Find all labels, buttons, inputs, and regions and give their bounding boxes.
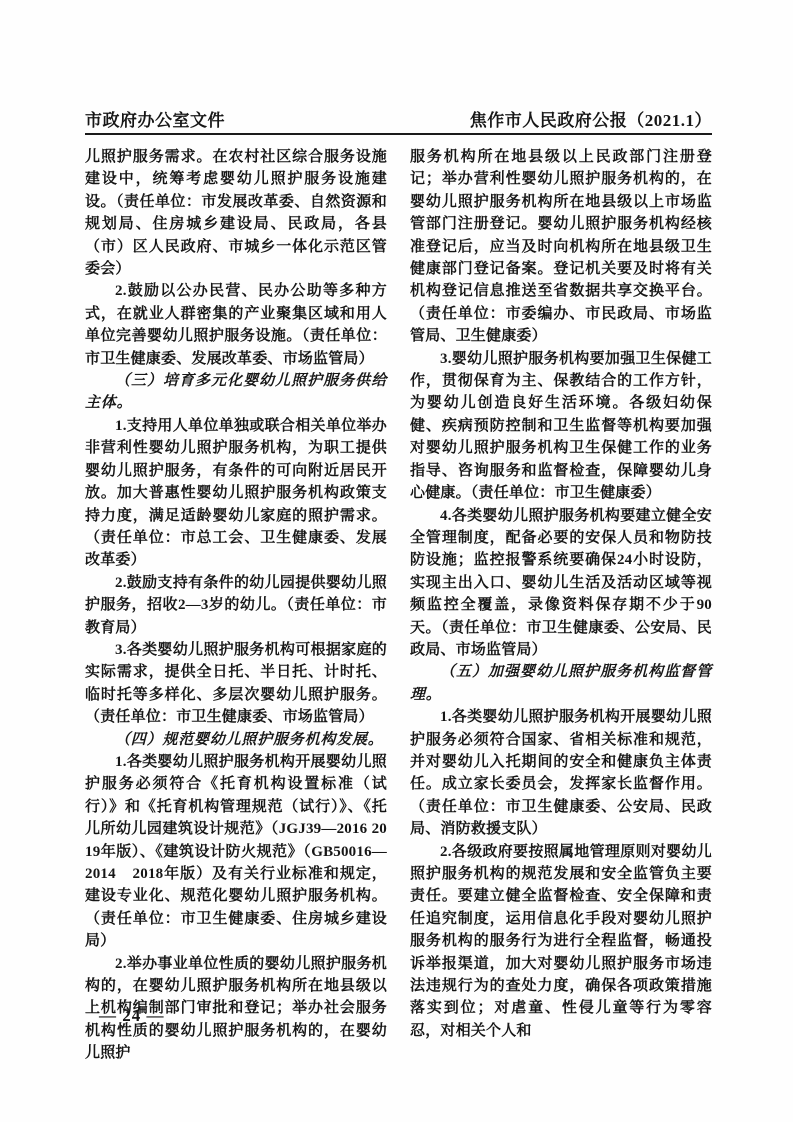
paragraph: 3.婴幼儿照护服务机构要加强卫生保健工作，贯彻保育为主、保教结合的工作方针，为婴… bbox=[410, 348, 712, 505]
header-right-title: 焦作市人民政府公报（2021.1） bbox=[470, 106, 712, 131]
left-column: 儿照护服务需求。在农村社区综合服务设施建设中，统筹考虑婴幼儿照护服务设施建设。（… bbox=[85, 146, 387, 1065]
paragraph: 1.各类婴幼儿照护服务机构开展婴幼儿照护服务必须符合国家、省相关标准和规范，并对… bbox=[410, 706, 712, 840]
paragraph: 2.各级政府要按照属地管理原则对婴幼儿照护服务机构的规范发展和安全监管负主要责任… bbox=[410, 841, 712, 1043]
section-heading: （五）加强婴幼儿照护服务机构监督管理。 bbox=[410, 661, 712, 706]
right-column: 服务机构所在地县级以上民政部门注册登记；举办营利性婴幼儿照护服务机构的，在婴幼儿… bbox=[410, 146, 712, 1065]
paragraph: 1.支持用人单位单独或联合相关单位举办非营利性婴幼儿照护服务机构，为职工提供婴幼… bbox=[85, 415, 387, 572]
paragraph: 1.各类婴幼儿照护服务机构开展婴幼儿照护服务必须符合《托育机构设置标准（试行）》… bbox=[85, 751, 387, 953]
page-header: 市政府办公室文件 焦作市人民政府公报（2021.1） bbox=[85, 106, 712, 131]
header-divider-rule bbox=[85, 133, 712, 135]
paragraph: 4.各类婴幼儿照护服务机构要建立健全安全管理制度，配备必要的安保人员和物防技防设… bbox=[410, 505, 712, 662]
paragraph: 2.鼓励支持有条件的幼儿园提供婴幼儿照护服务，招收2—3岁的幼儿。（责任单位：市… bbox=[85, 572, 387, 639]
paragraph: 服务机构所在地县级以上民政部门注册登记；举办营利性婴幼儿照护服务机构的，在婴幼儿… bbox=[410, 146, 712, 348]
paragraph: 3.各类婴幼儿照护服务机构可根据家庭的实际需求，提供全日托、半日托、计时托、临时… bbox=[85, 639, 387, 729]
paragraph: 儿照护服务需求。在农村社区综合服务设施建设中，统筹考虑婴幼儿照护服务设施建设。（… bbox=[85, 146, 387, 280]
gazette-page: 市政府办公室文件 焦作市人民政府公报（2021.1） 儿照护服务需求。在农村社区… bbox=[0, 0, 793, 1122]
section-heading: （三）培育多元化婴幼儿照护服务供给主体。 bbox=[85, 370, 387, 415]
header-left-title: 市政府办公室文件 bbox=[85, 106, 225, 131]
section-heading: （四）规范婴幼儿照护服务机构发展。 bbox=[85, 729, 387, 751]
page-number: — 24 — bbox=[99, 1006, 165, 1026]
paragraph: 2.鼓励以公办民营、民办公助等多种方式，在就业人群密集的产业聚集区域和用人单位完… bbox=[85, 280, 387, 370]
page-body: 儿照护服务需求。在农村社区综合服务设施建设中，统筹考虑婴幼儿照护服务设施建设。（… bbox=[85, 146, 712, 1065]
